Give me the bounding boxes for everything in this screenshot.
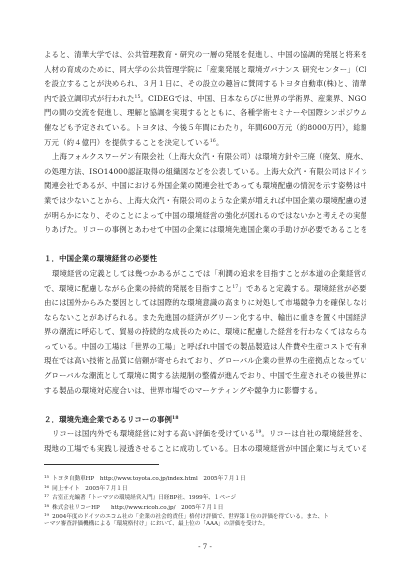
footnotes: 15トヨタ自動車HP http://www.toyota.co.jp/index… <box>44 472 366 530</box>
body-text: よると、清華大学では、公共管理教育・研究の一層の発展を促進し、中国の協調的発展と… <box>44 48 366 457</box>
footnote: 15トヨタ自動車HP http://www.toyota.co.jp/index… <box>44 472 366 482</box>
text-line: よると、清華大学では、公共管理教育・研究の一層の発展を促進し、中国の協調的発展と… <box>44 48 366 63</box>
text-line: 内で設立調印式が行われた15。CIDEGでは、中国、日本ならびに世界の学術界、産… <box>44 92 366 107</box>
page-number: - 7 - <box>0 543 410 551</box>
footnote: 192004年度のドイツのエコム社の「企業の社会的責任」格付け評価で、世界第１位… <box>44 510 366 520</box>
footnote-divider <box>44 464 159 465</box>
text-line: 業では少ないことから、上海大众汽・有限公司のような企業が増えれば中国企業の環境配… <box>44 194 366 209</box>
footnote: 18株式会社リコーHP http://www.ricoh.co.jp/ 2005… <box>44 501 366 511</box>
text-line: を設立することが決められ、３月１日に、その設立の趣旨に賛同するトヨタ自動車(株)… <box>44 77 366 92</box>
footnote-number: 18 <box>44 503 49 508</box>
footnote: 17古室正充編著『トーマツの環境経営入門』日経BP社、1999年、１ページ <box>44 491 366 501</box>
text-line: が明らかになり、そのことによって中国の環境経営の強化が図れるのではないかと考えそ… <box>44 209 366 224</box>
spacer <box>44 238 366 253</box>
section-heading-1: １．中国企業の環境経営の必要性 <box>44 252 366 267</box>
section-heading-2: ２．環境先進企業であるリコーの事例18 <box>44 413 366 428</box>
section-1-body: 環境経営の定義としては幾つかあるがここでは「利潤の追求を目指すことが本道の企業経… <box>44 267 366 398</box>
footnote-number: 19 <box>44 512 49 517</box>
text-line: の処理方法、ISO14000認証取得の組織図などを公表している。上海大众汽・有限… <box>44 165 366 180</box>
footnote-number: 16 <box>44 484 49 489</box>
text-line: リコーは国内外でも環境経営に対する高い評価を受けている19。リコーは自社の環境経… <box>44 427 366 442</box>
text-line: ならないことがあげられる。また先進国の経済がグリーン化する中、輸出に重きを置く中… <box>44 311 366 326</box>
section-2-body: リコーは国内外でも環境経営に対する高い評価を受けている19。リコーは自社の環境経… <box>44 427 366 456</box>
text-line: 上海フォルクスワーゲン有限会社（上海大众汽・有限公司）は環境方針や三廃（廃気、廃… <box>44 150 366 165</box>
text-line: 門の間の交流を促進し、理解と協調を実現するとともに、各種学術セミナーや国際シンポ… <box>44 106 366 121</box>
text-line: 現在では高い技術と品質に信頼が寄せられており、グローバル企業の世界の生産拠点とな… <box>44 354 366 369</box>
text-line: 環境経営の定義としては幾つかあるがここでは「利潤の追求を目指すことが本道の企業経… <box>44 267 366 282</box>
footnote-number: 17 <box>44 493 49 498</box>
text-line: 界の潮流に呼応して、貿易の持続的な成長のために、環境に配慮した経営を行わなくては… <box>44 325 366 340</box>
text-line: 関連会社であるが、中国における外国企業の関連会社であっても環境配慮の情況を示す姿… <box>44 179 366 194</box>
text-line: 現地の工場でも実践し浸透させることに成功している。日本の環境経営が中国企業に与え… <box>44 442 366 457</box>
document-page: よると、清華大学では、公共管理教育・研究の一層の発展を促進し、中国の協調的発展と… <box>0 0 410 580</box>
text-line: する製品の環境対応度合いは、世界市場でのマーケティングや競争力に影響する。 <box>44 384 366 399</box>
text-line: 由には国外からみた要因としては国際的な環境意識の高まりに対処して市場競争力を確保… <box>44 296 366 311</box>
footnote-number: 15 <box>44 474 49 479</box>
text-line: 人材の育成のために、同大学の公共管理学院に「産業発展と環境ガバナンス 研究センタ… <box>44 63 366 78</box>
spacer <box>44 398 366 413</box>
text-line: りあげた。リコーの事例とあわせて中国の企業には環境先進国企業の手助けが必要である… <box>44 223 366 238</box>
footnote-ref[interactable]: 18 <box>172 416 179 421</box>
text-line: 万元（約４億円）を提供することを決定している16。 <box>44 136 366 151</box>
text-line: 催なども予定されている。トヨタは、今後５年間にわたり，年間600万元（約8000… <box>44 121 366 136</box>
intro-paragraphs: よると、清華大学では、公共管理教育・研究の一層の発展を促進し、中国の協調的発展と… <box>44 48 366 238</box>
text-line: グローバルな潮流として環境に関する法規制の整備が進んでおり、中国で生産されその後… <box>44 369 366 384</box>
footnote: 16同上サイト 2005年７月１日 <box>44 482 366 492</box>
footnote: ーマツ審査評価機構による「環境格付け」において、最上位の「AAA」の評価を受けた… <box>44 520 366 530</box>
text-line: っている。中国の工場は「世界の工場」と呼ばれ中国での製品製造は人件費や生産コスト… <box>44 340 366 355</box>
text-line: で、環境に配慮しながら企業の持続的発展を目指すこと17」であると定義する。環境経… <box>44 282 366 297</box>
